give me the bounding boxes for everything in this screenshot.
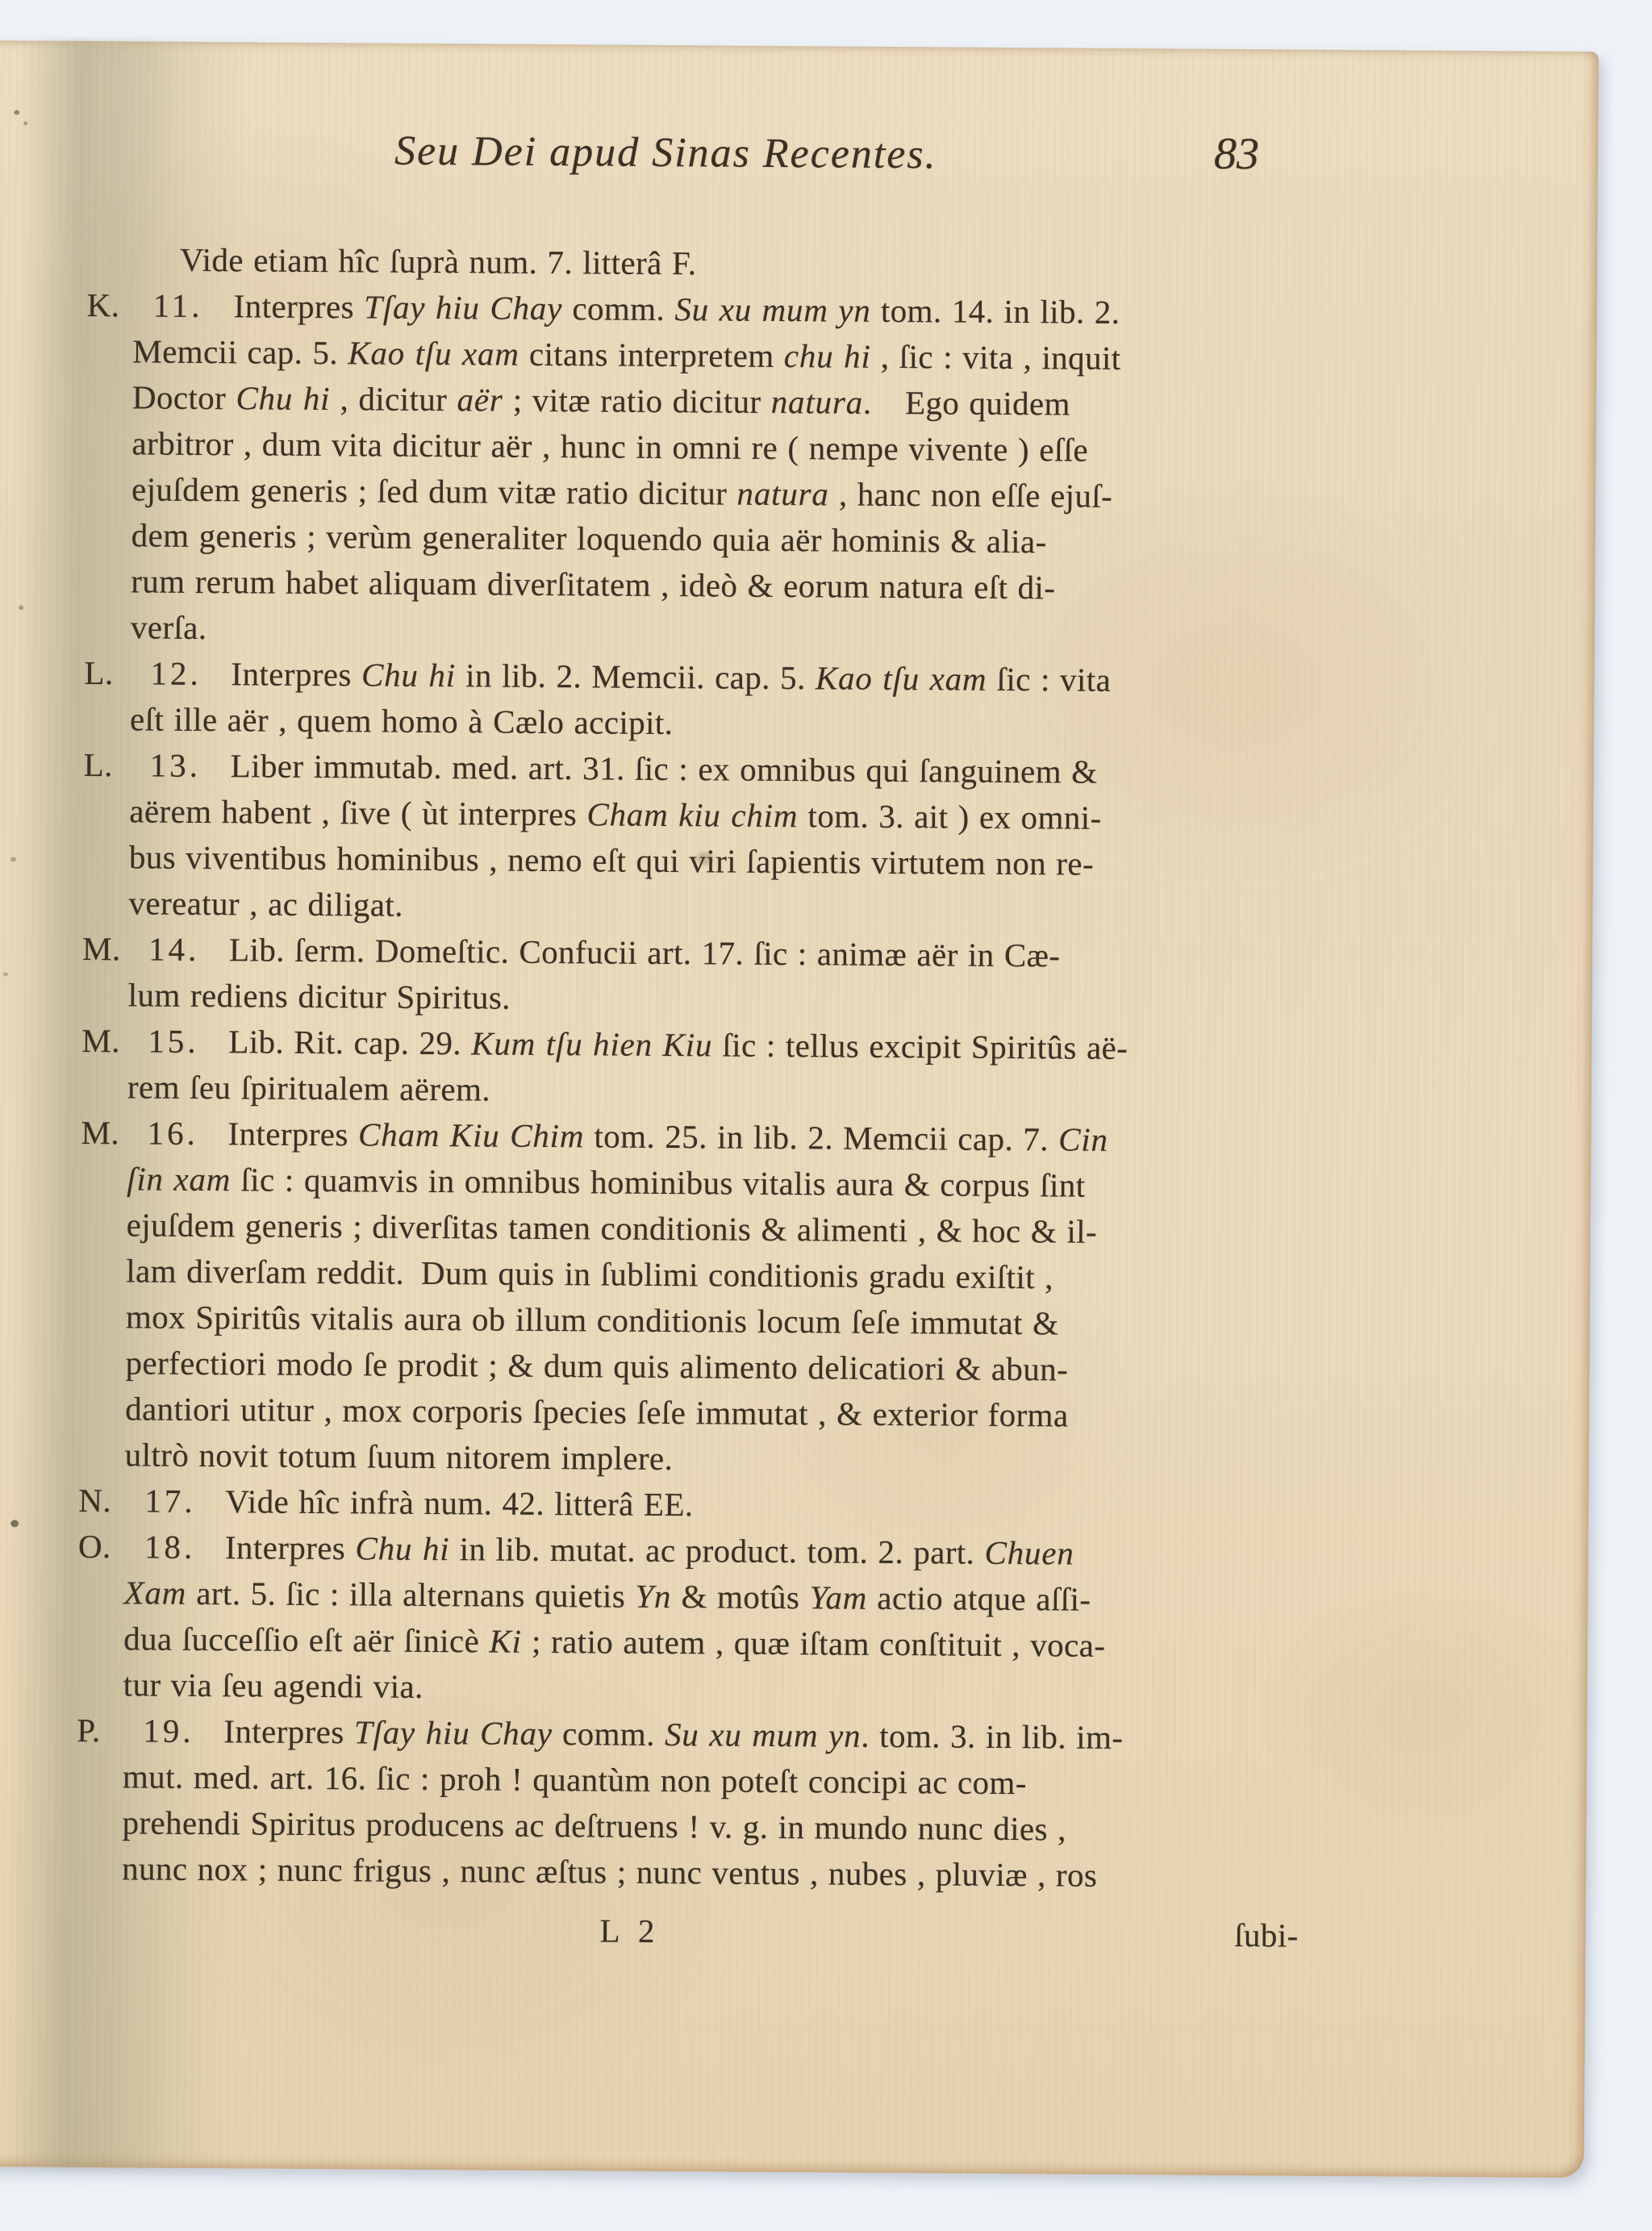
paragraph-number: 12. bbox=[150, 651, 202, 697]
text-segment: Liber immutab. med. art. 31. ſic : ex om… bbox=[231, 747, 1098, 790]
text-segment: comm. bbox=[553, 1715, 665, 1753]
text-segment: mut. med. art. 16. ſic : proh ! quantùm … bbox=[123, 1758, 1027, 1801]
text-segment: Kao tſu xam bbox=[816, 659, 987, 697]
intro-line: Vide etiam hîc ſuprà num. 7. litterâ F. bbox=[180, 237, 1315, 291]
text-block: Vide etiam hîc ſuprà num. 7. litterâ F. … bbox=[75, 236, 1315, 1959]
text-line: bus viventibus hominibus , nemo eſt qui … bbox=[129, 834, 1311, 888]
text-line: Lib. Rit. cap. 29. Kum tſu hien Kiu ſic … bbox=[228, 1019, 1309, 1072]
text-segment: dua ſucceſſio eſt aër ſinicè bbox=[123, 1620, 490, 1659]
paragraph: L.12.Interpres Chu hi in lib. 2. Memcii.… bbox=[84, 650, 1312, 751]
text-segment: Interpres bbox=[223, 1712, 354, 1750]
text-segment: art. 5. ſic : illa alternans quietis bbox=[186, 1574, 636, 1615]
text-segment: ; vitæ ratio dicitur bbox=[503, 382, 771, 420]
text-segment: ſic : quamvis in omnibus hominibus vital… bbox=[231, 1161, 1086, 1203]
text-line: tur via ſeu agendi via. bbox=[123, 1662, 1305, 1716]
paragraph-number: 14. bbox=[148, 927, 200, 973]
paragraph: N.17.Vide hîc infrà num. 42. litterâ EE. bbox=[78, 1478, 1306, 1533]
text-line: Doctor Chu hi , dicitur aër ; vitæ ratio… bbox=[132, 374, 1314, 428]
text-segment: tom. 3. ait ) ex omni- bbox=[798, 797, 1102, 836]
text-segment: aër bbox=[457, 381, 503, 418]
text-segment: Kao tſu xam bbox=[348, 334, 519, 372]
text-line: lum rediens dicitur Spiritus. bbox=[128, 972, 1310, 1026]
text-line: ejuſdem generis ; diverſitas tamen condi… bbox=[127, 1202, 1308, 1256]
text-line: vereatur , ac diligat. bbox=[128, 880, 1310, 934]
paragraph-label: P. bbox=[77, 1708, 101, 1754]
ink-speck bbox=[3, 972, 8, 976]
text-segment: Su xu mum yn bbox=[665, 1716, 861, 1754]
text-line: rum rerum habet aliquam diverſitatem , i… bbox=[131, 558, 1312, 612]
catchword: ſubi- bbox=[1234, 1912, 1299, 1959]
text-segment: Yam bbox=[809, 1578, 867, 1616]
text-line: aërem habent , ſive ( ùt interpres Cham … bbox=[129, 788, 1311, 842]
text-segment: tur via ſeu agendi via. bbox=[123, 1666, 423, 1705]
paragraph-label: O. bbox=[78, 1524, 111, 1570]
text-segment: Doctor bbox=[132, 378, 236, 416]
paragraph-number: 18. bbox=[144, 1524, 196, 1570]
paragraph-number: 17. bbox=[144, 1478, 196, 1524]
paragraph: L.13.Liber immutab. med. art. 31. ſic : … bbox=[82, 742, 1312, 935]
text-segment: nunc nox ; nunc frigus , nunc æſtus ; nu… bbox=[122, 1849, 1097, 1893]
text-segment: dem generis ; verùm generaliter loquendo… bbox=[131, 516, 1047, 560]
paragraph-number: 11. bbox=[153, 283, 203, 329]
text-line: Interpres Chu hi in lib. 2. Memcii. cap.… bbox=[231, 651, 1312, 704]
text-segment: in lib. mutat. ac product. tom. 2. part. bbox=[449, 1530, 984, 1571]
text-line: Xam art. 5. ſic : illa alternans quietis… bbox=[123, 1570, 1305, 1624]
text-segment: lum rediens dicitur Spiritus. bbox=[128, 976, 511, 1015]
text-segment: & motûs bbox=[671, 1578, 810, 1616]
text-segment: ultrò novit totum ſuum nitorem implere. bbox=[125, 1436, 674, 1477]
text-segment: rem ſeu ſpiritualem aërem. bbox=[127, 1068, 490, 1107]
text-segment: Tſay hiu Chay bbox=[364, 288, 562, 327]
text-segment: aërem habent , ſive ( ùt interpres bbox=[129, 792, 586, 832]
text-segment: vereatur , ac diligat. bbox=[128, 884, 403, 923]
text-line: nunc nox ; nunc frigus , nunc æſtus ; nu… bbox=[122, 1845, 1304, 1899]
text-line: Interpres Chu hi in lib. mutat. ac produ… bbox=[225, 1524, 1306, 1578]
text-segment: Interpres bbox=[234, 287, 365, 325]
text-segment: rum rerum habet aliquam diverſitatem , i… bbox=[131, 562, 1055, 606]
paragraph-label: M. bbox=[81, 1018, 120, 1064]
text-line: verſa. bbox=[131, 604, 1312, 658]
paragraph: O.18.Interpres Chu hi in lib. mutat. ac … bbox=[77, 1524, 1307, 1716]
text-segment: natura bbox=[736, 475, 828, 513]
text-segment: Lib. Rit. cap. 29. bbox=[228, 1023, 471, 1061]
text-line: lam diverſam reddit. Dum quis in ſublimi… bbox=[126, 1248, 1308, 1302]
text-segment: Xam bbox=[123, 1574, 186, 1612]
text-line: Interpres Tſay hiu Chay comm. Su xu mum … bbox=[223, 1708, 1304, 1762]
text-segment: Su xu mum yn bbox=[674, 290, 871, 329]
paragraph: M.14.Lib. ſerm. Domeſtic. Confucii art. … bbox=[82, 926, 1311, 1027]
text-line: arbitror , dum vita dicitur aër , hunc i… bbox=[131, 420, 1313, 474]
ink-speck bbox=[14, 110, 19, 115]
text-line: Lib. ſerm. Domeſtic. Confucii art. 17. ſ… bbox=[229, 927, 1310, 980]
text-segment: perfectiori modo ſe prodit ; & dum quis … bbox=[125, 1344, 1068, 1387]
text-line: Vide hîc infrà num. 42. litterâ EE. bbox=[225, 1478, 1306, 1532]
text-line: mut. med. art. 16. ſic : proh ! quantùm … bbox=[123, 1754, 1304, 1808]
text-line: dua ſucceſſio eſt aër ſinicè Ki ; ratio … bbox=[123, 1616, 1305, 1670]
text-segment: Vide hîc infrà num. 42. litterâ EE. bbox=[225, 1482, 693, 1523]
text-line: Interpres Cham Kiu Chim tom. 25. in lib.… bbox=[227, 1111, 1308, 1164]
text-line: Interpres Tſay hiu Chay comm. Su xu mum … bbox=[234, 283, 1315, 336]
text-segment: natura bbox=[771, 383, 863, 421]
page-footer: L 2 ſubi- bbox=[75, 1904, 1303, 1959]
paragraph: K.11.Interpres Tſay hiu Chay comm. Su xu… bbox=[85, 282, 1315, 659]
paragraphs: K.11.Interpres Tſay hiu Chay comm. Su xu… bbox=[76, 282, 1315, 1900]
paragraph-label: L. bbox=[84, 742, 114, 788]
book-page: Seu Dei apud Sinas Recentes. 83 Vide eti… bbox=[0, 40, 1599, 2178]
text-segment: verſa. bbox=[131, 608, 207, 646]
paragraph-number: 15. bbox=[148, 1019, 199, 1065]
paragraph-label: M. bbox=[82, 926, 121, 972]
text-segment: ejuſdem generis ; diverſitas tamen condi… bbox=[127, 1206, 1098, 1249]
text-segment: ejuſdem generis ; ſed dum vitæ ratio dic… bbox=[131, 470, 737, 511]
text-segment: tom. 25. in lib. 2. Memcii cap. 7. bbox=[584, 1117, 1058, 1157]
page-number: 83 bbox=[1214, 128, 1259, 180]
paragraph-number: 16. bbox=[147, 1111, 198, 1157]
ink-speck bbox=[23, 121, 27, 125]
paragraph: M.15.Lib. Rit. cap. 29. Kum tſu hien Kiu… bbox=[81, 1018, 1310, 1119]
text-segment: Interpres bbox=[225, 1528, 356, 1566]
text-line: eſt ille aër , quem homo à Cælo accipit. bbox=[130, 696, 1312, 750]
text-segment: ſin xam bbox=[127, 1160, 231, 1198]
paragraph: P.19.Interpres Tſay hiu Chay comm. Su xu… bbox=[76, 1708, 1305, 1900]
text-segment: Kum tſu hien Kiu bbox=[471, 1024, 712, 1063]
text-segment: in lib. 2. Memcii. cap. 5. bbox=[456, 657, 816, 696]
ink-speck bbox=[10, 1520, 19, 1527]
scan-background: Seu Dei apud Sinas Recentes. 83 Vide eti… bbox=[0, 0, 1652, 2231]
text-line: Liber immutab. med. art. 31. ſic : ex om… bbox=[231, 743, 1312, 796]
text-line: rem ſeu ſpiritualem aërem. bbox=[127, 1064, 1309, 1118]
text-segment: Interpres bbox=[227, 1115, 358, 1153]
text-segment: Cham kiu chim bbox=[586, 795, 798, 834]
text-line: prehendi Spiritus producens ac deſtruens… bbox=[122, 1799, 1304, 1854]
text-segment: tom. 14. in lib. 2. bbox=[871, 292, 1120, 331]
text-segment: Chu hi bbox=[355, 1529, 449, 1567]
text-segment: Chu hi bbox=[361, 656, 456, 694]
text-line: ſin xam ſic : quamvis in omnibus hominib… bbox=[127, 1156, 1308, 1210]
text-segment: ſic : tellus excipit Spiritûs aë- bbox=[712, 1026, 1128, 1066]
text-segment: dantiori utitur , mox corporis ſpecies ſ… bbox=[125, 1390, 1069, 1433]
text-line: dem generis ; verùm generaliter loquendo… bbox=[131, 512, 1313, 566]
text-segment: ; ratio autem , quæ iſtam conſtituit , v… bbox=[522, 1623, 1106, 1664]
paragraph-number: 13. bbox=[150, 743, 202, 789]
signature-mark: L 2 bbox=[599, 1908, 659, 1954]
text-segment: chu hi bbox=[784, 337, 871, 375]
text-segment: Ki bbox=[489, 1623, 522, 1660]
paragraph-label: M. bbox=[81, 1110, 119, 1156]
text-segment: . Ego quidem bbox=[863, 384, 1070, 423]
text-segment: ſic : vita bbox=[987, 661, 1111, 698]
paragraph-label: K. bbox=[87, 282, 120, 328]
text-segment: , hanc non eſſe ejuſ- bbox=[829, 475, 1113, 514]
text-segment: , ſic : vita , inquit bbox=[870, 338, 1120, 377]
text-segment: Chuen bbox=[984, 1534, 1074, 1572]
text-segment: prehendi Spiritus producens ac deſtruens… bbox=[122, 1804, 1066, 1847]
text-segment: lam diverſam reddit. Dum quis in ſublimi… bbox=[126, 1252, 1053, 1295]
text-segment: Cham Kiu Chim bbox=[358, 1115, 584, 1154]
paragraph: M.16.Interpres Cham Kiu Chim tom. 25. in… bbox=[79, 1110, 1309, 1487]
ink-speck bbox=[19, 605, 23, 610]
text-segment: Memcii cap. 5. bbox=[132, 332, 348, 371]
text-segment: . tom. 3. in lib. im- bbox=[861, 1717, 1123, 1756]
text-line: Memcii cap. 5. Kao tſu xam citans interp… bbox=[132, 328, 1314, 382]
text-segment: bus viventibus hominibus , nemo eſt qui … bbox=[129, 838, 1094, 882]
text-segment: mox Spiritûs vitalis aura ob illum condi… bbox=[126, 1298, 1059, 1341]
text-segment: Tſay hiu Chay bbox=[354, 1713, 553, 1752]
text-segment: Lib. ſerm. Domeſtic. Confucii art. 17. ſ… bbox=[229, 931, 1061, 974]
text-segment: Yn bbox=[635, 1578, 671, 1615]
text-segment: eſt ille aër , quem homo à Cælo accipit. bbox=[130, 700, 674, 741]
text-segment: Chu hi bbox=[236, 379, 330, 417]
text-segment: arbitror , dum vita dicitur aër , hunc i… bbox=[131, 424, 1088, 468]
text-line: dantiori utitur , mox corporis ſpecies ſ… bbox=[125, 1386, 1307, 1440]
text-line: ultrò novit totum ſuum nitorem implere. bbox=[125, 1432, 1307, 1486]
text-segment: Cin bbox=[1058, 1120, 1108, 1157]
text-segment: Interpres bbox=[231, 655, 361, 693]
ink-speck bbox=[10, 857, 16, 861]
paragraph-label: N. bbox=[78, 1478, 111, 1524]
text-line: mox Spiritûs vitalis aura ob illum condi… bbox=[126, 1294, 1308, 1348]
paragraph-number: 19. bbox=[143, 1708, 194, 1754]
paragraph-label: L. bbox=[84, 650, 114, 696]
text-segment: actio atque aſſi- bbox=[867, 1579, 1091, 1618]
text-line: perfectiori modo ſe prodit ; & dum quis … bbox=[125, 1340, 1307, 1394]
text-segment: , dicitur bbox=[330, 380, 457, 418]
text-segment: citans interpretem bbox=[519, 336, 784, 374]
text-line: ejuſdem generis ; ſed dum vitæ ratio dic… bbox=[131, 466, 1313, 520]
running-header-title: Seu Dei apud Sinas Recentes. bbox=[394, 127, 937, 179]
text-segment: comm. bbox=[562, 290, 675, 327]
